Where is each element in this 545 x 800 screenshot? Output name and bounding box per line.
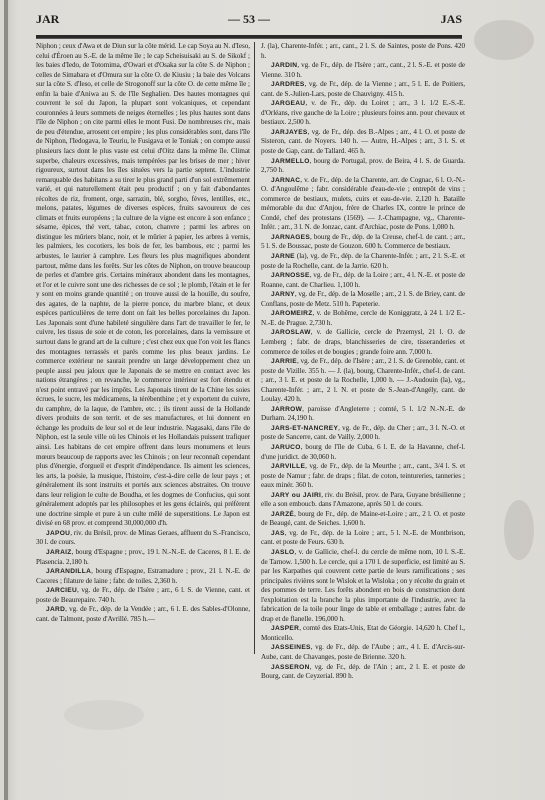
entry-text: , vg. de Fr., dép. de la Loire ; arr., 5…	[261, 529, 465, 547]
entry-text: J. (la), Charente-Infér. ; arr., cant., …	[261, 42, 465, 60]
entry-japou: JAPOU, riv. du Brésil, prov. de Minas Ge…	[36, 529, 250, 548]
entry-jary: JARY ou JAIRI, riv. du Brésil, prov. de …	[261, 491, 465, 510]
entry-text: , v. de Fr., dép. de la Charente, arr. d…	[261, 176, 465, 232]
entry-headword: JARNOSSE	[271, 272, 310, 279]
entry-headword: JARZÉ	[271, 511, 294, 518]
entry-headword: JARDRES	[271, 81, 305, 88]
entry-jaslo: JASLO, v. de Gallicie, chef-l. du cercle…	[261, 548, 465, 624]
entry-jaraiz: JARAIZ, bourg d'Espagne ; prov., 19 l. N…	[36, 548, 250, 567]
entry-headword: JARJAYES	[271, 129, 308, 136]
entry-headword: JARUCO	[271, 444, 301, 451]
left-column: Niphon ; ceux d'Awa et de Diun sur la cô…	[36, 42, 250, 624]
entry-headword: JARDIN	[271, 62, 297, 69]
column-divider	[254, 42, 255, 654]
entry-jaruco: JARUCO, bourg de l'île de Cuba, 6 l. E. …	[261, 443, 465, 462]
entry-headword: JARNY	[271, 291, 295, 298]
entry-jardres: JARDRES, vg. de Fr., dép. de la Vienne ;…	[261, 80, 465, 99]
entry-headword: JASSERON	[271, 664, 310, 671]
entry-headword: JARNE	[271, 253, 295, 260]
entry-jarnac: JARNAC, v. de Fr., dép. de la Charente, …	[261, 176, 465, 233]
entry-headword: JARVILLE	[271, 463, 305, 470]
entry-jarville: JARVILLE, vg. de Fr., dép. de la Meurthe…	[261, 462, 465, 491]
entry-jard: JARD, vg. de Fr., dép. de la Vendée ; ar…	[36, 605, 250, 624]
entry-headword: JARANDILLA	[46, 568, 91, 575]
entry-jasseines: JASSEINES, vg. de Fr., dép. de l'Aube ; …	[261, 643, 465, 662]
entry-jarrow: JARROW, paroisse d'Angleterre ; comté, 5…	[261, 405, 465, 424]
entry-headword: JAPOU	[46, 530, 70, 537]
entry-headword: JARD	[46, 606, 65, 613]
entry-text: , v. de Gallicie, chef-l. du cercle de m…	[261, 548, 465, 623]
entry-jasper: JASPER, comté des Etats-Unis, Etat de Gé…	[261, 624, 465, 643]
page-header: JAR — 53 — JAS	[36, 12, 462, 28]
right-column: J. (la), Charente-Infér. ; arr., cant., …	[261, 42, 465, 682]
entry-headword: JARS-ET-NANCREY	[271, 425, 338, 432]
entry-jaroslaw: JAROSLAW, v. de Gallicie, cercle de Prze…	[261, 328, 465, 357]
header-right-guideword: JAS	[441, 12, 462, 27]
entry-jars-et-nancrey: JARS-ET-NANCREY, vg. de Fr., dép. du Che…	[261, 424, 465, 443]
page-number: — 53 —	[36, 12, 462, 27]
entry-headword: JAROMEIRZ	[271, 310, 313, 317]
entry-jarze: JARZÉ, bourg de Fr., dép. de Maine-et-Lo…	[261, 510, 465, 529]
entry-headword: JASSEINES	[271, 644, 311, 651]
entry-headword: JASLO	[271, 549, 294, 556]
paper-stain	[504, 500, 534, 560]
entry-text: Niphon ; ceux d'Awa et de Diun sur la cô…	[36, 42, 250, 527]
entry-headword: JARROW	[271, 406, 302, 413]
entry-jard-continuation: J. (la), Charente-Infér. ; arr., cant., …	[261, 42, 465, 61]
entry-japon-continuation: Niphon ; ceux d'Awa et de Diun sur la cô…	[36, 42, 250, 529]
entry-jarnages: JARNAGES, bourg de Fr., dép. de la Creus…	[261, 233, 465, 252]
scanned-page: JAR — 53 — JAS Niphon ; ceux d'Awa et de…	[4, 0, 545, 800]
entry-text: , vg. de Fr., dép. de la Vendée ; arr., …	[36, 605, 250, 623]
entry-jas: JAS, vg. de Fr., dép. de la Loire ; arr.…	[261, 529, 465, 548]
entry-jarcieu: JARCIEU, vg. de Fr., dép. de l'Isère ; a…	[36, 586, 250, 605]
entry-headword: JARAIZ	[46, 549, 72, 556]
entry-headword: JARNAC	[271, 177, 300, 184]
entry-headword: JARNAGES	[271, 234, 310, 241]
entry-headword: JARRIE	[271, 358, 297, 365]
entry-jarrie: JARRIE, vg. de Fr., dép. de l'Isère ; ar…	[261, 357, 465, 405]
entry-headword: JARCIEU	[46, 587, 77, 594]
entry-headword: JAROSLAW	[271, 329, 311, 336]
entry-jarandilla: JARANDILLA, bourg d'Espagne, Estramadure…	[36, 567, 250, 586]
entry-headword: JARGEAU	[271, 100, 305, 107]
entry-headword: JAS	[271, 530, 285, 537]
entry-jaromeirz: JAROMEIRZ, v. de Bohême, cercle de Konig…	[261, 309, 465, 328]
paper-stain	[474, 20, 534, 60]
entry-jarne: JARNE (la), vg. de Fr., dép. de la Chare…	[261, 252, 465, 271]
header-rule	[36, 35, 462, 39]
paper-stain	[64, 700, 144, 730]
entry-headword: JARY ou JAIRI	[271, 492, 321, 499]
scan-edge	[4, 0, 8, 800]
entry-jarny: JARNY, vg. de Fr., dép. de la Moselle ; …	[261, 290, 465, 309]
entry-jarjayes: JARJAYES, vg. de Fr., dép. des B.-Alpes …	[261, 128, 465, 157]
entry-jasseron: JASSERON, vg. de Fr., dép. de l'Ain ; ar…	[261, 663, 465, 682]
entry-headword: JASPER	[271, 625, 299, 632]
entry-jarmello: JARMELLO, bourg de Portugal, prov. de Be…	[261, 157, 465, 176]
entry-jarnosse: JARNOSSE, vg. de Fr., dép. de la Loire ;…	[261, 271, 465, 290]
entry-jardin: JARDIN, vg. de Fr., dép. de l'Isère ; ar…	[261, 61, 465, 80]
entry-jargeau: JARGEAU, v. de Fr., dép. du Loiret ; arr…	[261, 99, 465, 128]
entry-headword: JARMELLO	[271, 158, 310, 165]
